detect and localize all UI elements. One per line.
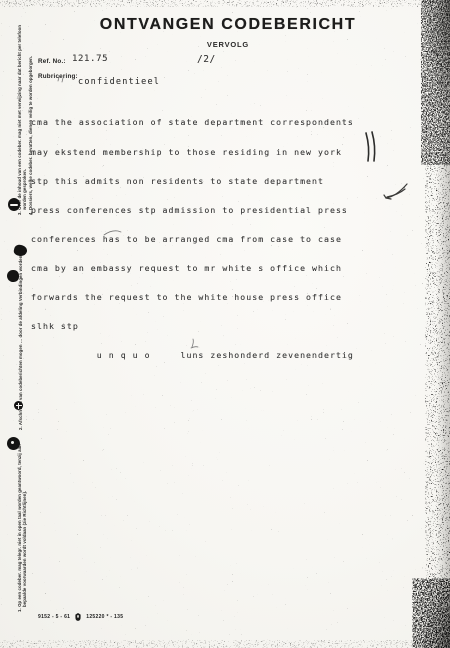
ink-blob — [7, 270, 19, 282]
registration-mark — [14, 401, 23, 410]
telegram-line: slhk stp — [31, 322, 354, 332]
checkmark-annotation — [384, 184, 407, 199]
scan-edge-shade — [436, 0, 450, 648]
page-title: ONTVANGEN CODEBERICHT — [0, 16, 450, 34]
telegram-line: conferences has to be arranged cma from … — [31, 235, 354, 245]
page-subtitle: VERVOLG — [0, 40, 450, 49]
margin-note-number: 3. — [17, 211, 22, 215]
double-stroke-annotation — [366, 132, 375, 161]
punch-hole — [7, 437, 20, 450]
ref-number-value: 121.75 — [72, 54, 108, 64]
margin-note-number: 2. — [18, 426, 23, 430]
punch-hole — [8, 198, 20, 211]
form-number: 9152 - 5 - 61 — [38, 614, 70, 620]
telegram-line: may ekstend membership to those residing… — [31, 148, 354, 158]
ink-blob — [13, 244, 28, 258]
classification-value: confidentieel — [78, 77, 160, 87]
telegram-line: press conferences stp admission to presi… — [31, 206, 354, 216]
telegram-line: cma the association of state department … — [31, 118, 354, 128]
telegram-line: cma by an embassy request to mr white s … — [31, 264, 354, 274]
scanned-telegram-page: 3. Over de inhoud van een codeber. mag n… — [0, 0, 450, 648]
margin-note-text: Over de inhoud van een codeber. mag niet… — [17, 25, 27, 210]
telegram-line: forwards the request to the white house … — [31, 293, 354, 303]
margin-note-number: 1. — [17, 608, 22, 612]
form-footer: 9152 - 5 - 61 125220 * - 135 — [38, 613, 123, 621]
telegram-body: cma the association of state department … — [31, 99, 354, 380]
margin-note-1: 1. Op een codeber. mag telegr. niet in o… — [17, 439, 28, 612]
classification-label: Rubricering: — [38, 73, 78, 80]
page-number-marker: /2/ — [197, 54, 216, 65]
printer-crest-icon — [75, 613, 81, 621]
scan-corner-shade — [420, 578, 450, 648]
print-code: 125220 * - 135 — [86, 614, 123, 620]
telegram-line: u n q u o luns zeshonderd zevenendertig — [31, 351, 354, 361]
telegram-line: stp this admits non residents to state d… — [31, 177, 354, 187]
ref-number-label: Ref. No.: — [38, 58, 66, 65]
margin-note-text: Op een codeber. mag telegr. niet in open… — [17, 444, 27, 607]
